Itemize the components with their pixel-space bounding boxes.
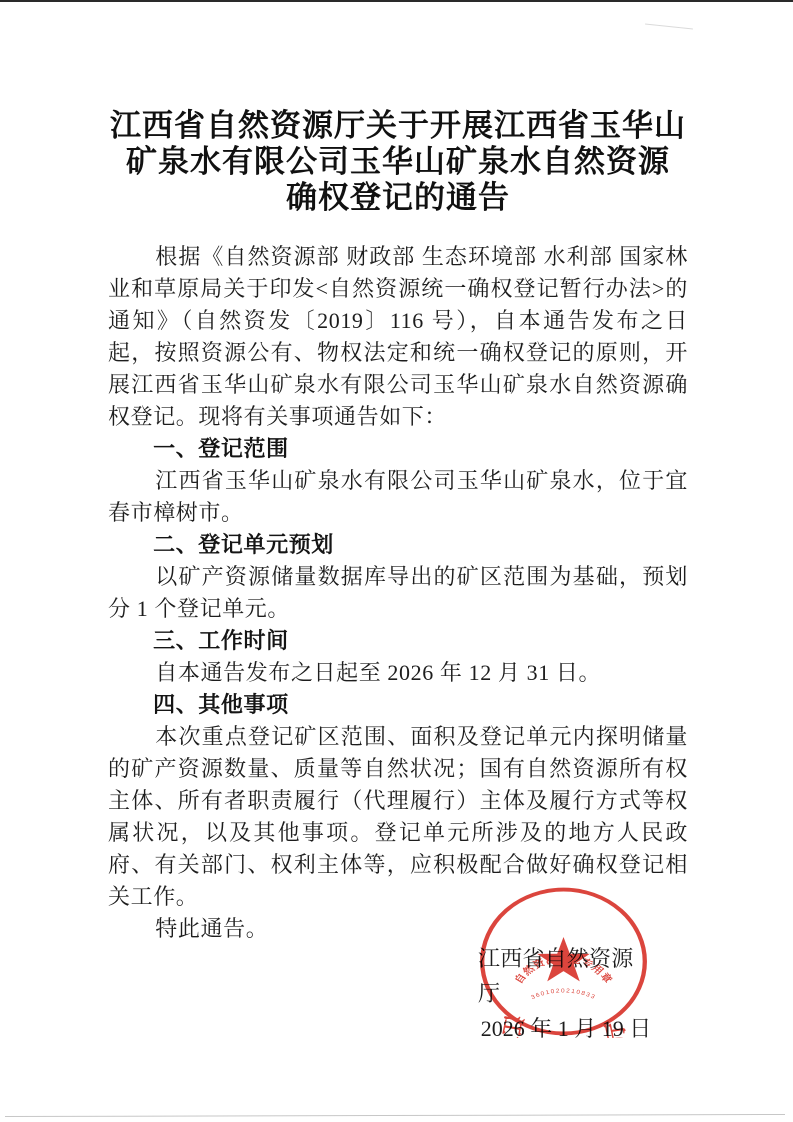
- signature-agency: 江西省自然资源厅: [478, 941, 654, 1011]
- signature-block: 江西省自然资源厅 2026 年 1 月 19 日: [478, 941, 654, 1046]
- signature-date: 2026 年 1 月 19 日: [478, 1011, 654, 1046]
- section-4-heading: 四、其他事项: [108, 689, 688, 721]
- title-line-2: 矿泉水有限公司玉华山矿泉水自然资源: [108, 144, 688, 180]
- title-line-1: 江西省自然资源厅关于开展江西省玉华山: [108, 108, 688, 144]
- section-2-body: 以矿产资源储量数据库导出的矿区范围为基础，预划分 1 个登记单元。: [108, 561, 688, 625]
- document-title: 江西省自然资源厅关于开展江西省玉华山 矿泉水有限公司玉华山矿泉水自然资源 确权登…: [108, 108, 688, 216]
- document-page: 江西省自然资源厅关于开展江西省玉华山 矿泉水有限公司玉华山矿泉水自然资源 确权登…: [0, 0, 793, 1122]
- scan-bottom-edge-line: [5, 1114, 785, 1117]
- section-2-heading: 二、登记单元预划: [108, 529, 688, 561]
- document-body: 根据《自然资源部 财政部 生态环境部 水利部 国家林业和草原局关于印发<自然资源…: [108, 241, 688, 945]
- title-line-3: 确权登记的通告: [108, 180, 688, 216]
- section-1-body: 江西省玉华山矿泉水有限公司玉华山矿泉水，位于宜春市樟树市。: [108, 465, 688, 529]
- section-4-body: 本次重点登记矿区范围、面积及登记单元内探明储量的矿产资源数量、质量等自然状况；国…: [108, 721, 688, 913]
- section-3-heading: 三、工作时间: [108, 625, 688, 657]
- document-content: 江西省自然资源厅关于开展江西省玉华山 矿泉水有限公司玉华山矿泉水自然资源 确权登…: [108, 0, 688, 945]
- section-1-heading: 一、登记范围: [108, 433, 688, 465]
- intro-paragraph: 根据《自然资源部 财政部 生态环境部 水利部 国家林业和草原局关于印发<自然资源…: [108, 241, 688, 433]
- section-3-body: 自本通告发布之日起至 2026 年 12 月 31 日。: [108, 657, 688, 689]
